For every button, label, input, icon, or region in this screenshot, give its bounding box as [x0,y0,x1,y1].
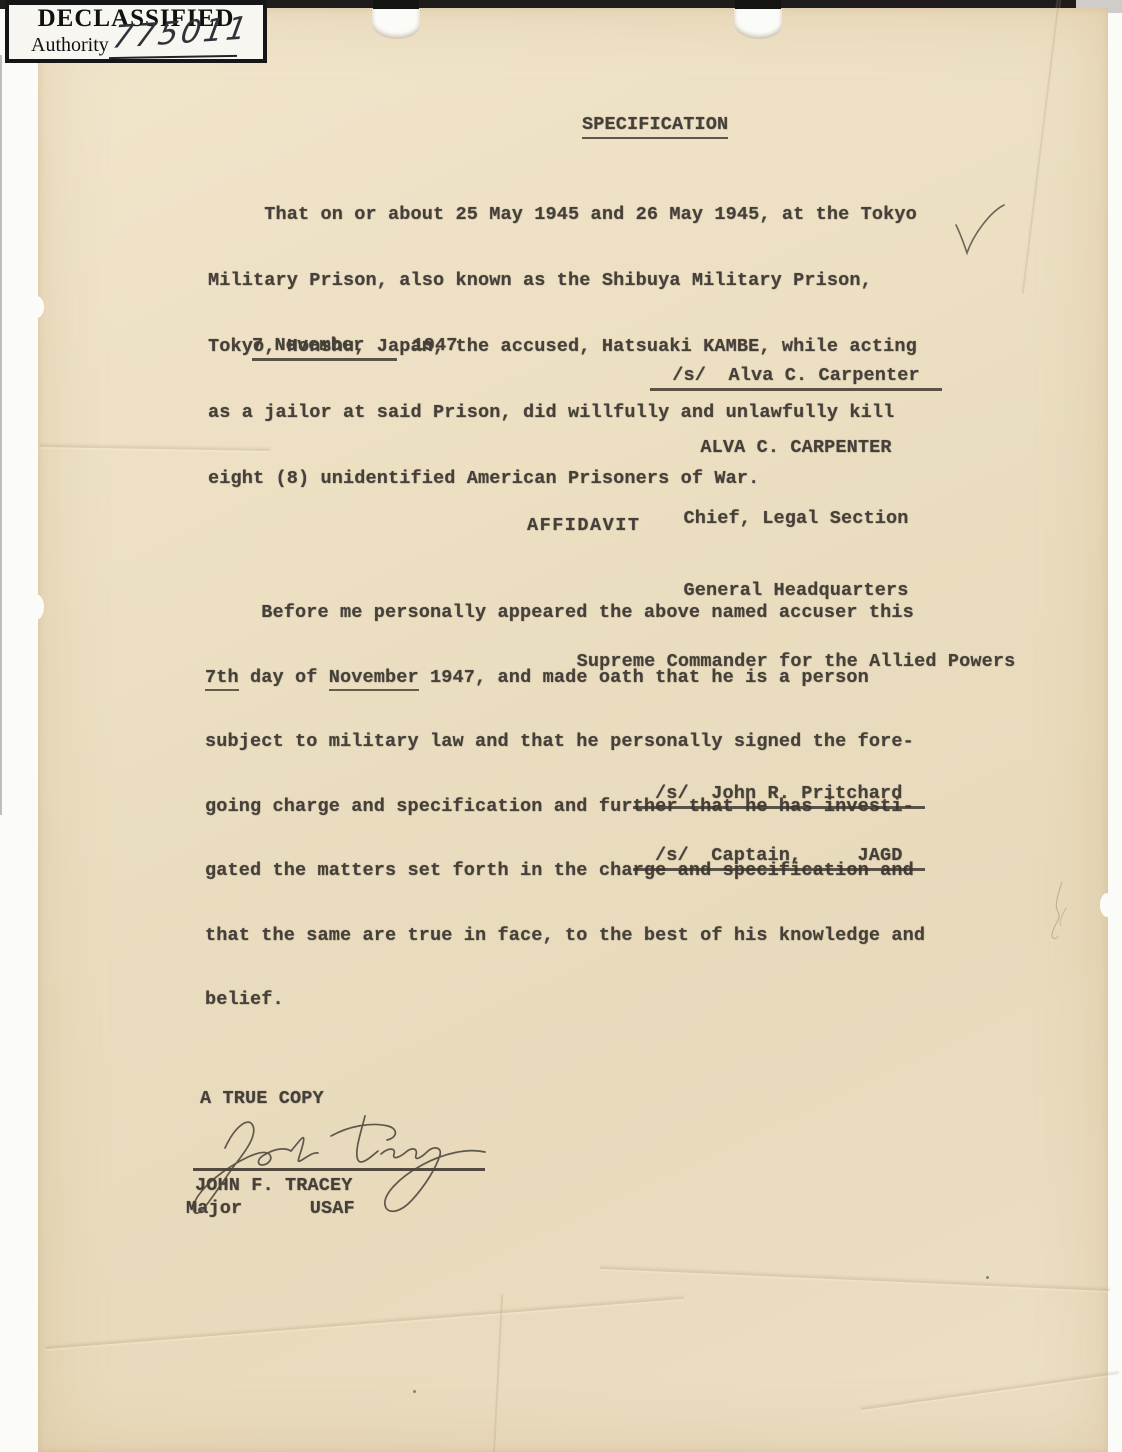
affidavit-heading: AFFIDAVIT [527,515,640,536]
scan-edge-line [0,55,2,815]
affidavit-line: that the same are true in face, to the b… [205,925,925,947]
paper-speck [986,1276,989,1279]
date-line: 7 November1947 [207,314,458,377]
pritchard-signature-line: /s/ John R. Pritchard [588,762,925,825]
affidavit-line: subject to military law and that he pers… [205,731,925,753]
pencil-scribble [1038,878,1080,948]
authority-label: Authority [31,34,109,56]
paper-speck [413,1390,416,1393]
affidavit-line: Before me personally appeared the above … [205,602,925,624]
declassified-stamp: DECLASSIFIED Authority 775011 [5,0,267,63]
carpenter-signature-line: /s/ Alva C. Carpenter [650,365,942,391]
punch-hole [734,9,782,39]
captain-signature-line: /s/ Captain, JAGD [588,824,925,887]
tracey-handwritten-signature [185,1100,515,1228]
spec-line: Military Prison, also known as the Shibu… [208,270,917,292]
affidavit-line: 7th day of November 1947, and made oath … [205,667,925,689]
edge-tear [28,594,44,620]
edge-tear [1100,893,1114,917]
authority-number: 775011 [111,15,252,51]
punch-hole [372,9,420,39]
authority-underline [109,55,237,59]
affidavit-month-underlined: November [329,667,419,691]
specification-heading: SPECIFICATION [537,93,728,156]
date-year: 1947 [413,335,458,356]
checkmark-icon [950,203,1012,261]
spec-line: That on or about 25 May 1945 and 26 May … [208,204,917,226]
edge-tear [30,296,44,318]
scanned-document: DECLASSIFIED Authority 775011 SPECIFICAT… [0,0,1122,1452]
affidavit-line: belief. [205,989,925,1011]
carpenter-typed-name: ALVA C. CARPENTER [572,436,1020,460]
date-underlined: 7 November [252,335,397,361]
affidavit-day-underlined: 7th [205,667,239,691]
